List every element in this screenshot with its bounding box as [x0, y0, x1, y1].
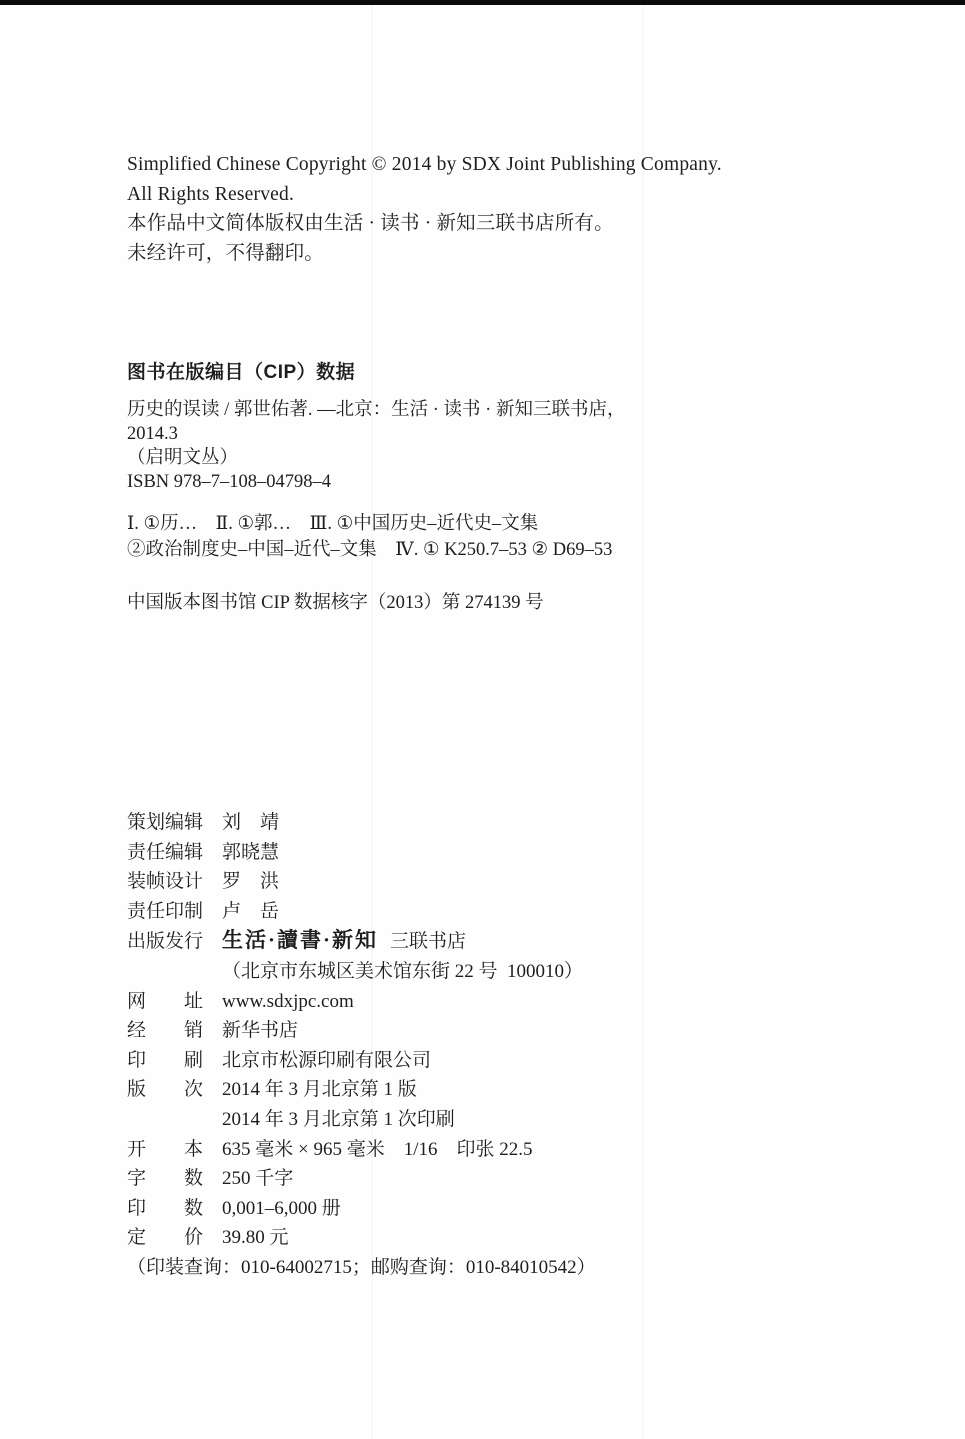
colophon-label: 经 销	[127, 1016, 222, 1046]
scan-edge-strip	[0, 0, 965, 5]
colophon-row-format: 开 本 635 毫米 × 965 毫米 1/16 印张 22.5	[127, 1135, 887, 1165]
colophon-label: 网 址	[127, 987, 222, 1017]
publisher-logo: 生活·讀書·新知	[222, 928, 378, 952]
copyright-line-english-1: Simplified Chinese Copyright © 2014 by S…	[127, 150, 847, 180]
colophon-label: 定 价	[127, 1223, 222, 1253]
colophon-value: 39.80 元	[222, 1223, 887, 1253]
copyright-line-english-2: All Rights Reserved.	[127, 180, 847, 210]
colophon-row-responsible-editor: 责任编辑 郭晓慧	[127, 838, 887, 868]
colophon-value: 刘 靖	[222, 808, 887, 838]
colophon: 策划编辑 刘 靖 责任编辑 郭晓慧 装帧设计 罗 洪 责任印制 卢 岳 出版发行…	[127, 808, 887, 1283]
colophon-label: 开 本	[127, 1135, 222, 1165]
colophon-row-price: 定 价 39.80 元	[127, 1223, 887, 1253]
cip-classification: Ⅰ. ①历… Ⅱ. ①郭… Ⅲ. ①中国历史–近代史–文集 ②政治制度史–中国–…	[127, 511, 847, 563]
colophon-value: 2014 年 3 月北京第 1 版	[222, 1075, 887, 1105]
cip-record-line: （启明文丛）	[127, 446, 847, 470]
cip-record-line: 历史的误读 / 郭世佑著. —北京：生活 · 读书 · 新知三联书店，	[127, 398, 847, 422]
colophon-value: 2014 年 3 月北京第 1 次印刷	[222, 1105, 887, 1135]
cip-heading: 图书在版编目（CIP）数据	[127, 357, 355, 384]
copyright-line-chinese-1: 本作品中文简体版权由生活 · 读书 · 新知三联书店所有。	[127, 209, 847, 239]
colophon-label: 版 次	[127, 1075, 222, 1105]
colophon-row-word-count: 字 数 250 千字	[127, 1164, 887, 1194]
colophon-value: 卢 岳	[222, 897, 887, 927]
colophon-row-print-run: 印 数 0,001–6,000 册	[127, 1194, 887, 1224]
inquiry-phone-line: （印装查询：010-64002715；邮购查询：010-84010542）	[127, 1253, 887, 1283]
colophon-value: 罗 洪	[222, 867, 887, 897]
colophon-row-binding-design: 装帧设计 罗 洪	[127, 867, 887, 897]
colophon-label: 责任编辑	[127, 838, 222, 868]
cip-classification-line: ②政治制度史–中国–近代–文集 Ⅳ. ① K250.7–53 ② D69–53	[127, 537, 847, 563]
colophon-value: 北京市松源印刷有限公司	[222, 1046, 887, 1076]
publisher-name: 三联书店	[390, 931, 466, 952]
colophon-label: 装帧设计	[127, 867, 222, 897]
copyright-line-chinese-2: 未经许可，不得翻印。	[127, 239, 847, 269]
website-url: www.sdxjpc.com	[222, 987, 887, 1017]
cip-record: 历史的误读 / 郭世佑著. —北京：生活 · 读书 · 新知三联书店， 2014…	[127, 398, 847, 494]
colophon-label: 印 数	[127, 1194, 222, 1224]
colophon-row-print-supervisor: 责任印制 卢 岳	[127, 897, 887, 927]
isbn-line: ISBN 978–7–108–04798–4	[127, 470, 847, 494]
copyright-notice: Simplified Chinese Copyright © 2014 by S…	[127, 150, 847, 268]
colophon-label: 出版发行	[127, 927, 222, 957]
colophon-label: 责任印制	[127, 897, 222, 927]
colophon-row-publisher: 出版发行 生活·讀書·新知三联书店	[127, 926, 887, 957]
colophon-row-distributor: 经 销 新华书店	[127, 1016, 887, 1046]
colophon-row-planning-editor: 策划编辑 刘 靖	[127, 808, 887, 838]
colophon-row-publisher-address: （北京市东城区美术馆东街 22 号 100010）	[127, 957, 887, 987]
colophon-value: 635 毫米 × 965 毫米 1/16 印张 22.5	[222, 1135, 887, 1165]
colophon-value: 郭晓慧	[222, 838, 887, 868]
colophon-label: 策划编辑	[127, 808, 222, 838]
colophon-row-printing: 2014 年 3 月北京第 1 次印刷	[127, 1105, 887, 1135]
book-copyright-page: Simplified Chinese Copyright © 2014 by S…	[0, 0, 965, 1439]
colophon-label: 字 数	[127, 1164, 222, 1194]
colophon-value: 0,001–6,000 册	[222, 1194, 887, 1224]
colophon-row-website: 网 址 www.sdxjpc.com	[127, 987, 887, 1017]
colophon-value: 生活·讀書·新知三联书店	[222, 926, 887, 957]
colophon-row-printer: 印 刷 北京市松源印刷有限公司	[127, 1046, 887, 1076]
publisher-address: （北京市东城区美术馆东街 22 号 100010）	[222, 957, 887, 987]
colophon-row-edition: 版 次 2014 年 3 月北京第 1 版	[127, 1075, 887, 1105]
cip-registry-line: 中国版本图书馆 CIP 数据核字（2013）第 274139 号	[127, 588, 544, 614]
cip-record-line: 2014.3	[127, 422, 847, 446]
cip-classification-line: Ⅰ. ①历… Ⅱ. ①郭… Ⅲ. ①中国历史–近代史–文集	[127, 511, 847, 537]
colophon-value: 新华书店	[222, 1016, 887, 1046]
colophon-value: 250 千字	[222, 1164, 887, 1194]
colophon-label: 印 刷	[127, 1046, 222, 1076]
